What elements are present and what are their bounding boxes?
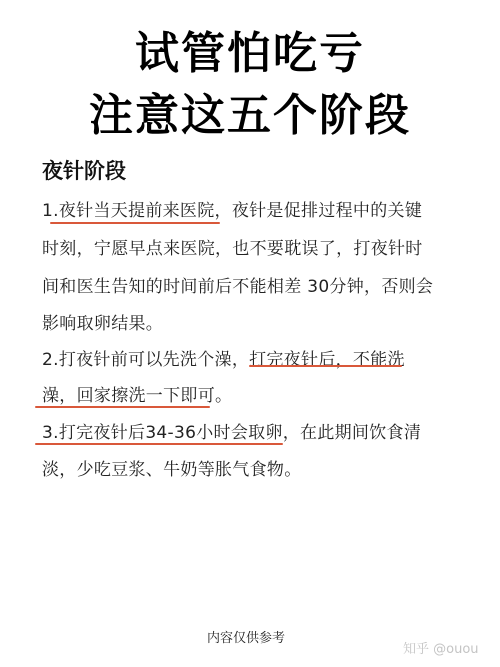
text-line: 1.夜针当天提前来医院，夜针是促排过程中的关键 bbox=[42, 196, 422, 221]
text-line: 影响取卵结果。 bbox=[42, 309, 163, 334]
title-line-2: 注意这五个阶段 bbox=[0, 79, 500, 143]
watermark: 知乎 @ouou bbox=[403, 638, 479, 657]
text-line: 3.打完夜针后34-36小时会取卵，在此期间饮食清 bbox=[42, 418, 421, 443]
highlight-underline bbox=[50, 222, 220, 224]
text-line: 淡，少吃豆浆、牛奶等胀气食物。 bbox=[42, 455, 302, 480]
highlight-underline bbox=[35, 443, 283, 445]
title-line-1: 试管怕吃亏 bbox=[0, 17, 500, 81]
text-line: 澡，回家擦洗一下即可。 bbox=[42, 381, 232, 406]
section-heading: 夜针阶段 bbox=[42, 155, 126, 185]
disclaimer: 内容仅供参考 bbox=[207, 627, 285, 646]
text-line: 时刻，宁愿早点来医院，也不要耽误了，打夜针时 bbox=[42, 234, 423, 259]
highlight-underline bbox=[249, 365, 402, 367]
text-line: 间和医生告知的时间前后不能相差 30分钟，否则会 bbox=[42, 272, 433, 297]
highlight-underline bbox=[35, 406, 210, 408]
